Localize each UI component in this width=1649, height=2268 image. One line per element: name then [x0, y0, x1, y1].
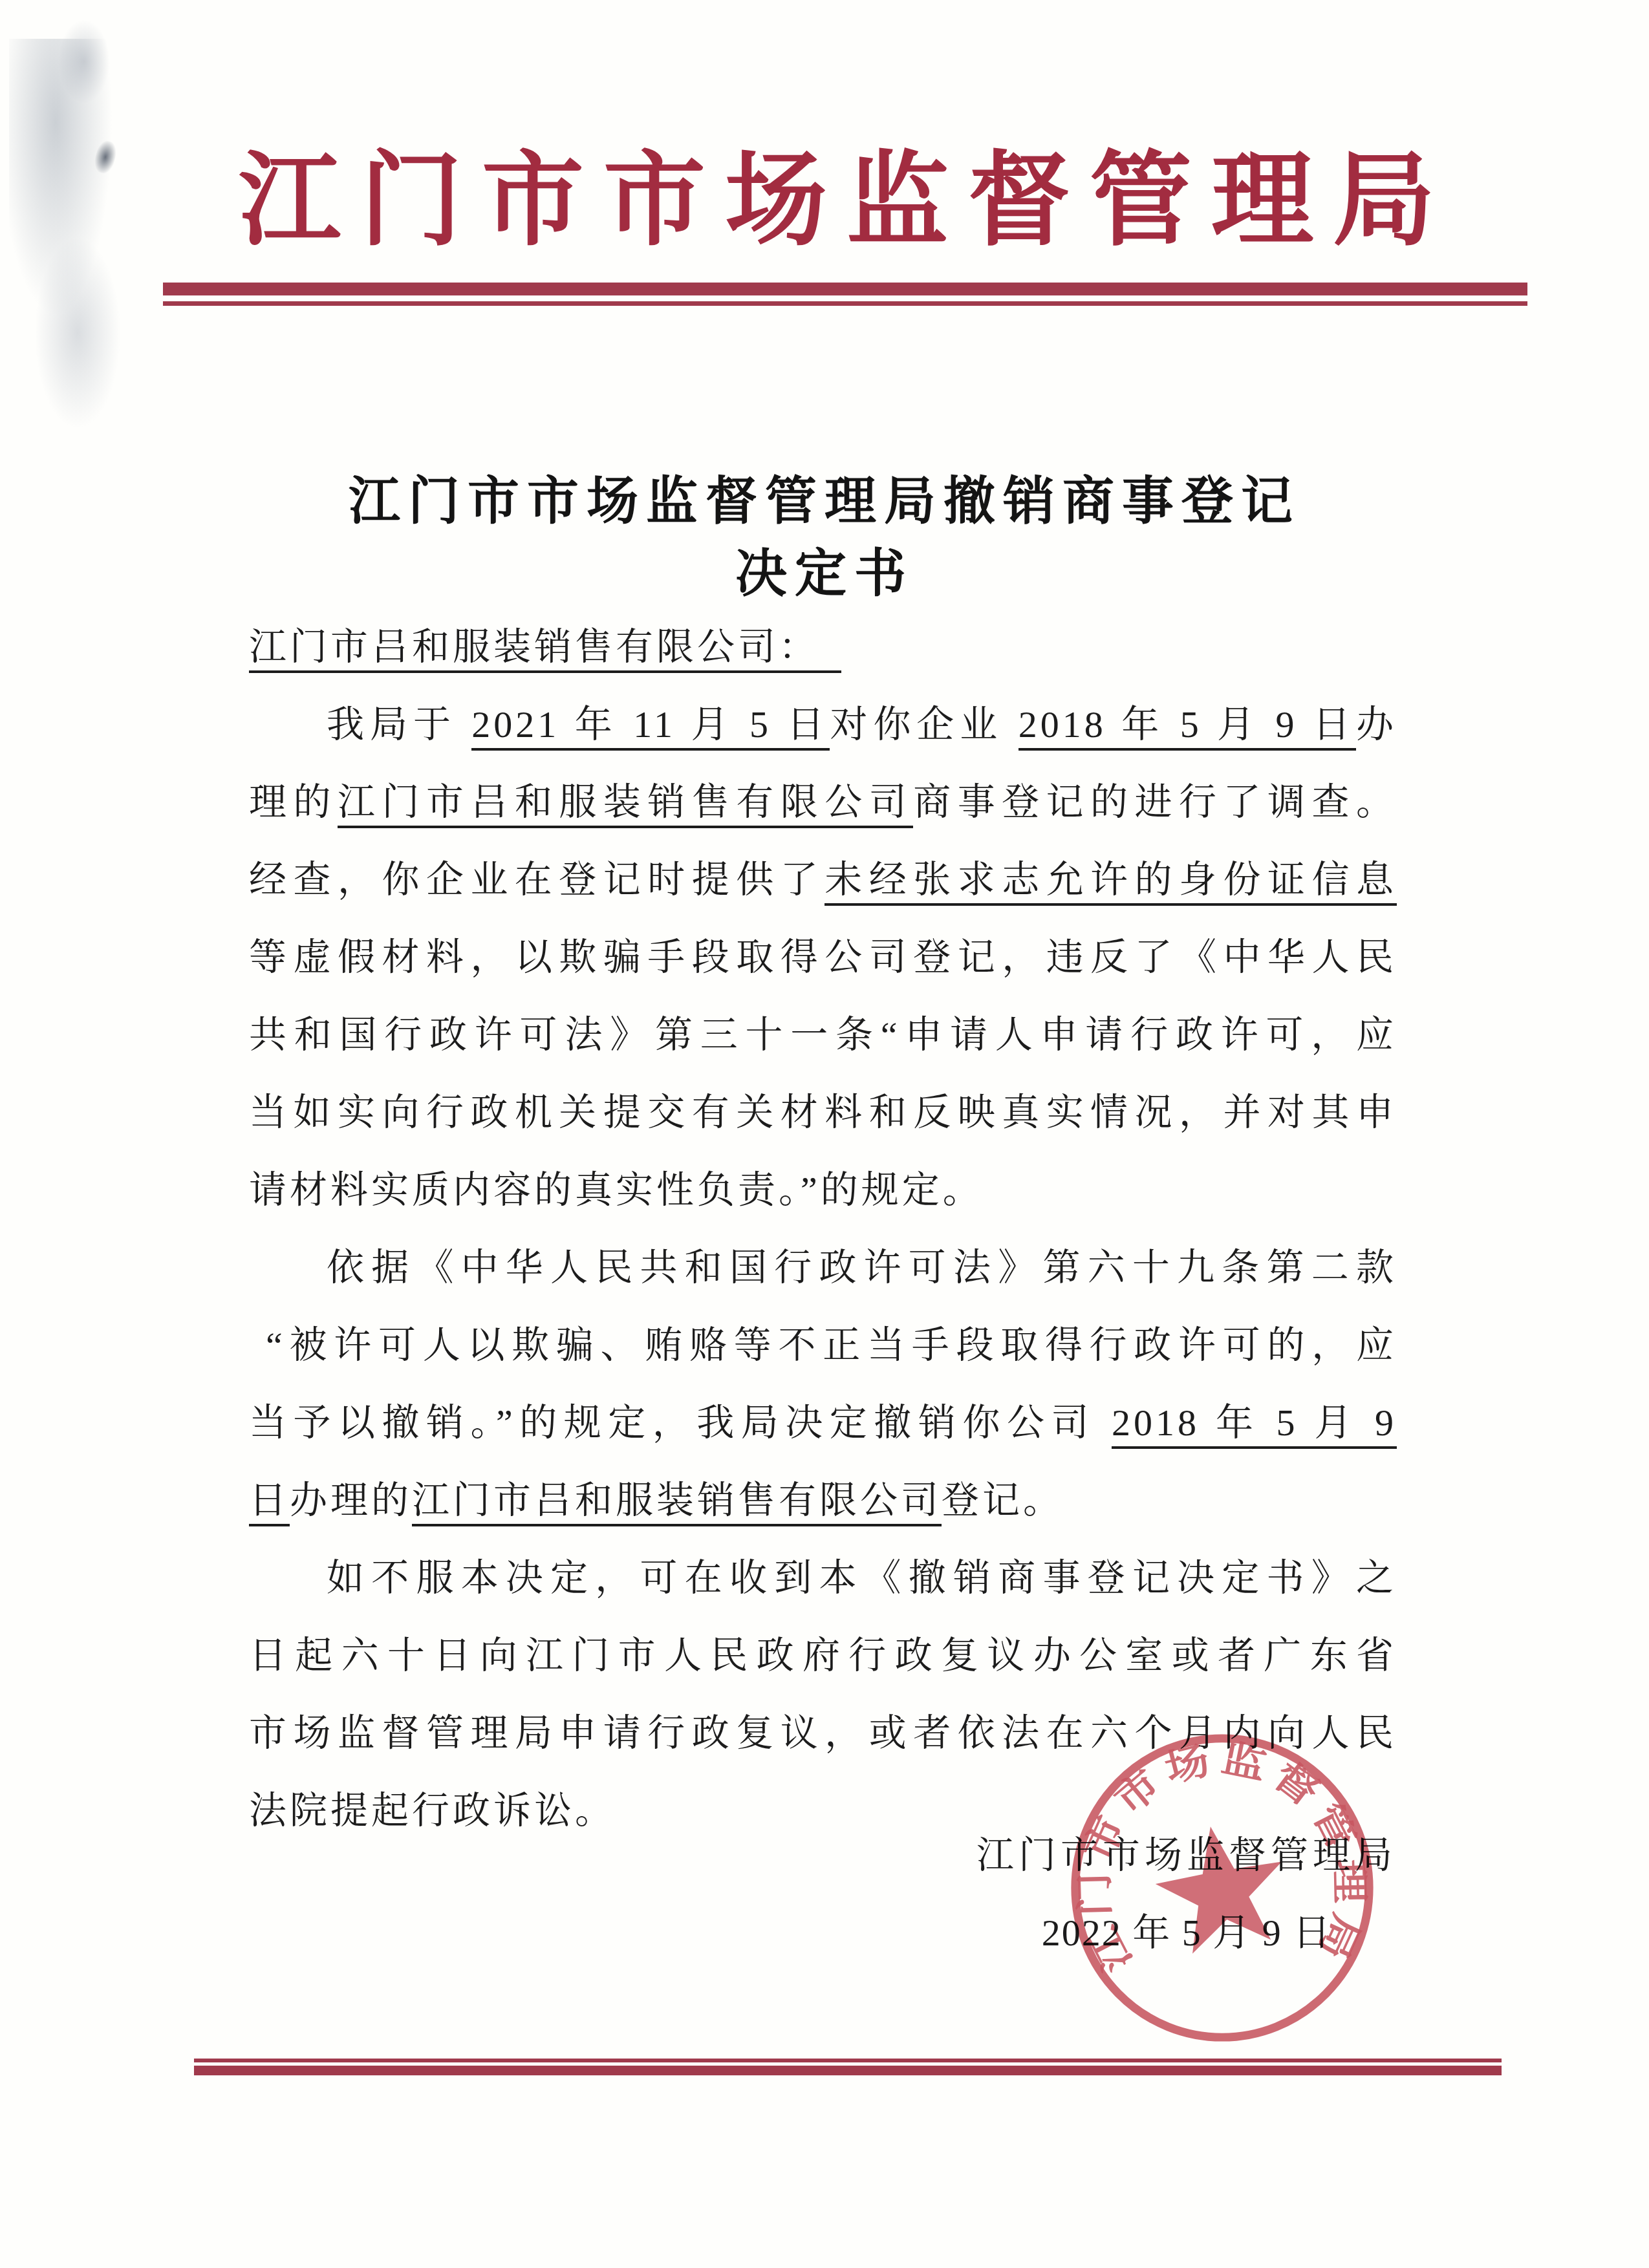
- text-segment: 请材料实质内容的真实性负责。”的规定。: [249, 1169, 984, 1211]
- text-segment: 日起六十日向江门市人民政府行政复议办公室或者广东省: [249, 1634, 1397, 1676]
- star-icon: [1147, 1815, 1295, 1958]
- text-segment: 当如实向行政机关提交有关材料和反映真实情况，并对其申: [249, 1091, 1397, 1133]
- footer-rule-thin: [194, 2059, 1502, 2062]
- document-title: 江门市市场监督管理局撤销商事登记 决定书: [0, 465, 1649, 610]
- body-line: 当如实向行政机关提交有关材料和反映真实情况，并对其申: [249, 1074, 1397, 1151]
- text-segment: 法院提起行政诉讼。: [249, 1790, 616, 1832]
- scan-smudge: [36, 239, 120, 427]
- text-segment: 办: [1356, 703, 1397, 745]
- letterhead-agency-name: 江门市市场监督管理局: [22, 146, 1649, 257]
- text-segment: 我局于: [327, 703, 471, 745]
- document-body: 江门市吕和服装销售有限公司： 我局于 2021 年 11 月 5 日对你企业 2…: [249, 608, 1397, 1850]
- underlined-text: 日: [249, 1479, 290, 1526]
- document-title-line1: 江门市市场监督管理局撤销商事登记: [0, 465, 1649, 538]
- footer-rule-thick: [194, 2066, 1502, 2075]
- body-line: 江门市吕和服装销售有限公司：: [249, 608, 1397, 686]
- underlined-text: 2018 年 5 月 9: [1112, 1402, 1397, 1449]
- text-segment: 理的: [249, 781, 338, 823]
- body-line: 当予以撤销。”的规定，我局决定撤销你公司 2018 年 5 月 9: [249, 1384, 1397, 1462]
- underlined-text: 江门市吕和服装销售有限公司: [412, 1479, 942, 1526]
- text-segment: 商事登记的进行了调查。: [913, 781, 1397, 823]
- letterhead-rule-thick: [163, 283, 1527, 295]
- underlined-text: 江门市吕和服装销售有限公司: [338, 781, 913, 828]
- text-segment: “被许可人以欺骗、贿赂等不正当手段取得行政许可的，应: [266, 1324, 1397, 1366]
- underlined-text: 江门市吕和服装销售有限公司：: [249, 626, 841, 673]
- body-line: 经查，你企业在登记时提供了未经张求志允许的身份证信息: [249, 841, 1397, 919]
- text-segment: 共和国行政许可法》第三十一条“申请人申请行政许可，应: [249, 1014, 1397, 1056]
- text-segment: 对你企业: [830, 703, 1018, 745]
- text-segment: 等虚假材料，以欺骗手段取得公司登记，违反了《中华人民: [249, 936, 1397, 978]
- body-line: 请材料实质内容的真实性负责。”的规定。: [249, 1151, 1397, 1229]
- underlined-text: 2021 年 11 月 5 日: [471, 703, 830, 751]
- body-line: 依据《中华人民共和国行政许可法》第六十九条第二款: [249, 1229, 1397, 1307]
- scan-smudge: [58, 19, 110, 103]
- body-line: 如不服本决定，可在收到本《撤销商事登记决定书》之: [249, 1539, 1397, 1617]
- text-segment: 依据《中华人民共和国行政许可法》第六十九条第二款: [327, 1246, 1397, 1289]
- body-line: “被许可人以欺骗、贿赂等不正当手段取得行政许可的，应: [249, 1307, 1397, 1384]
- text-segment: 经查，你企业在登记时提供了: [249, 859, 824, 901]
- text-segment: 办理的: [290, 1479, 412, 1521]
- body-line: 日起六十日向江门市人民政府行政复议办公室或者广东省: [249, 1617, 1397, 1695]
- scanned-document-page: 江门市市场监督管理局 江门市市场监督管理局撤销商事登记 决定书 江门市吕和服装销…: [0, 0, 1649, 2268]
- letterhead-rule-thin: [163, 301, 1527, 306]
- body-line: 理的江门市吕和服装销售有限公司商事登记的进行了调查。: [249, 764, 1397, 841]
- body-line: 我局于 2021 年 11 月 5 日对你企业 2018 年 5 月 9 日办: [249, 686, 1397, 764]
- official-seal: 江门市市场监督管理局: [1062, 1726, 1383, 2049]
- body-line: 共和国行政许可法》第三十一条“申请人申请行政许可，应: [249, 996, 1397, 1074]
- document-title-line2: 决定书: [0, 538, 1649, 610]
- body-line: 等虚假材料，以欺骗手段取得公司登记，违反了《中华人民: [249, 919, 1397, 996]
- text-segment: 登记。: [942, 1479, 1064, 1521]
- underlined-text: 2018 年 5 月 9 日: [1018, 703, 1356, 751]
- body-line: 日办理的江门市吕和服装销售有限公司登记。: [249, 1462, 1397, 1539]
- text-segment: 当予以撤销。”的规定，我局决定撤销你公司: [249, 1402, 1112, 1444]
- underlined-text: 未经张求志允许的身份证信息: [824, 859, 1397, 906]
- text-segment: 如不服本决定，可在收到本《撤销商事登记决定书》之: [327, 1557, 1397, 1599]
